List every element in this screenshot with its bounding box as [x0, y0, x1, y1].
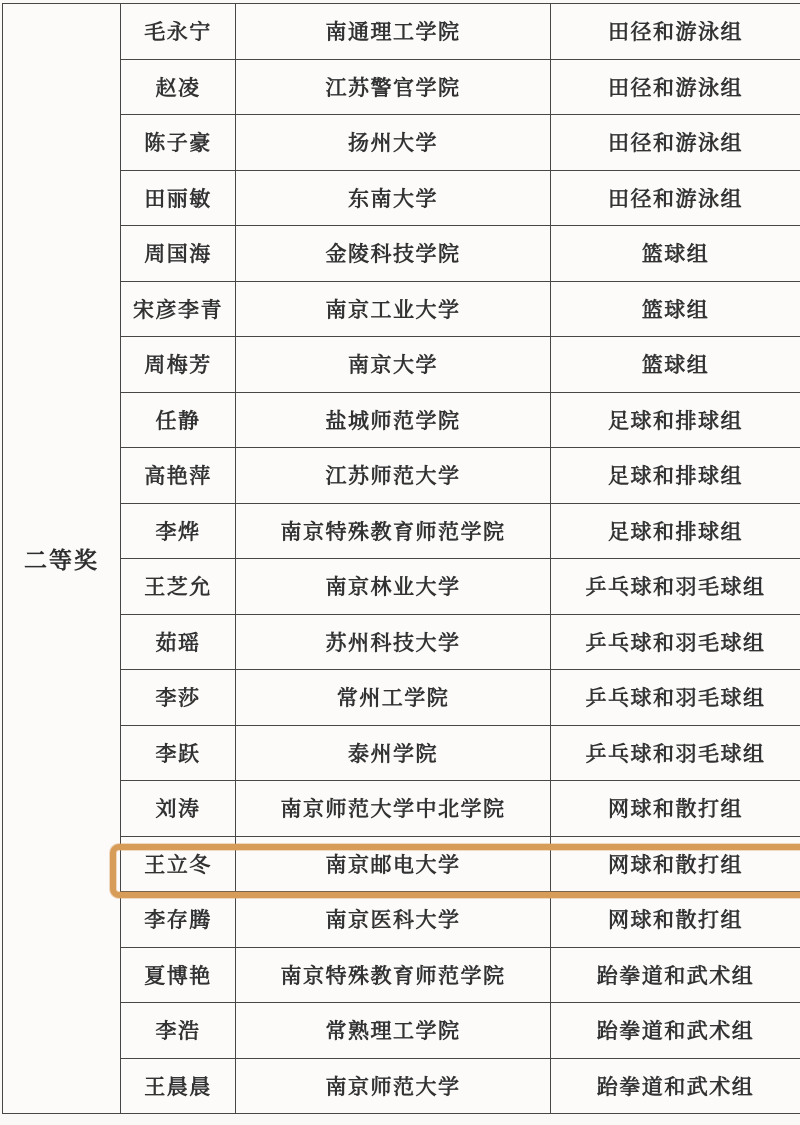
group-cell: 乒乓球和羽毛球组 [551, 559, 800, 614]
table-row: 田丽敏 东南大学 田径和游泳组 [121, 171, 800, 227]
name-cell: 田丽敏 [121, 171, 236, 226]
school-cell: 南京邮电大学 [236, 837, 551, 892]
school-cell: 南京师范大学中北学院 [236, 781, 551, 836]
name-cell: 李烨 [121, 504, 236, 559]
name-cell: 周国海 [121, 226, 236, 281]
table-row: 李跃 泰州学院 乒乓球和羽毛球组 [121, 726, 800, 782]
table-row: 李浩 常熟理工学院 跆拳道和武术组 [121, 1003, 800, 1059]
table-row: 茹瑶 苏州科技大学 乒乓球和羽毛球组 [121, 615, 800, 671]
group-cell: 足球和排球组 [551, 448, 800, 503]
name-cell: 赵凌 [121, 60, 236, 115]
name-cell: 李浩 [121, 1003, 236, 1058]
table-row: 宋彦李青 南京工业大学 篮球组 [121, 282, 800, 338]
school-cell: 盐城师范学院 [236, 393, 551, 448]
table-row: 李烨 南京特殊教育师范学院 足球和排球组 [121, 504, 800, 560]
name-cell: 李存腾 [121, 892, 236, 947]
group-cell: 乒乓球和羽毛球组 [551, 670, 800, 725]
table-row: 周梅芳 南京大学 篮球组 [121, 337, 800, 393]
name-cell: 周梅芳 [121, 337, 236, 392]
school-cell: 泰州学院 [236, 726, 551, 781]
document-page: 二等奖 毛永宁 南通理工学院 田径和游泳组 赵凌 江苏警官学院 田径和游泳组 陈… [0, 0, 800, 1125]
school-cell: 南京林业大学 [236, 559, 551, 614]
group-cell: 足球和排球组 [551, 393, 800, 448]
table-row: 任静 盐城师范学院 足球和排球组 [121, 393, 800, 449]
group-cell: 乒乓球和羽毛球组 [551, 726, 800, 781]
name-cell: 刘涛 [121, 781, 236, 836]
table-row: 周国海 金陵科技学院 篮球组 [121, 226, 800, 282]
school-cell: 南通理工学院 [236, 4, 551, 59]
name-cell: 毛永宁 [121, 4, 236, 59]
group-cell: 网球和散打组 [551, 781, 800, 836]
table-row: 王晨晨 南京师范大学 跆拳道和武术组 [121, 1059, 800, 1114]
group-cell: 跆拳道和武术组 [551, 1059, 800, 1114]
school-cell: 南京师范大学 [236, 1059, 551, 1114]
group-cell: 篮球组 [551, 282, 800, 337]
name-cell: 陈子豪 [121, 115, 236, 170]
school-cell: 扬州大学 [236, 115, 551, 170]
school-cell: 南京医科大学 [236, 892, 551, 947]
awards-table: 二等奖 毛永宁 南通理工学院 田径和游泳组 赵凌 江苏警官学院 田径和游泳组 陈… [2, 3, 800, 1114]
group-cell: 田径和游泳组 [551, 171, 800, 226]
table-row: 赵凌 江苏警官学院 田径和游泳组 [121, 60, 800, 116]
school-cell: 南京大学 [236, 337, 551, 392]
group-cell: 乒乓球和羽毛球组 [551, 615, 800, 670]
table-row: 夏博艳 南京特殊教育师范学院 跆拳道和武术组 [121, 948, 800, 1004]
name-cell: 王晨晨 [121, 1059, 236, 1114]
group-cell: 篮球组 [551, 337, 800, 392]
group-cell: 跆拳道和武术组 [551, 948, 800, 1003]
school-cell: 南京特殊教育师范学院 [236, 504, 551, 559]
award-category-cell: 二等奖 [3, 4, 121, 1113]
table-row: 毛永宁 南通理工学院 田径和游泳组 [121, 4, 800, 60]
name-cell: 李跃 [121, 726, 236, 781]
school-cell: 南京特殊教育师范学院 [236, 948, 551, 1003]
group-cell: 跆拳道和武术组 [551, 1003, 800, 1058]
name-cell: 高艳萍 [121, 448, 236, 503]
name-cell: 任静 [121, 393, 236, 448]
school-cell: 苏州科技大学 [236, 615, 551, 670]
group-cell: 田径和游泳组 [551, 60, 800, 115]
name-cell: 夏博艳 [121, 948, 236, 1003]
group-cell: 网球和散打组 [551, 837, 800, 892]
table-row: 高艳萍 江苏师范大学 足球和排球组 [121, 448, 800, 504]
table-row: 李存腾 南京医科大学 网球和散打组 [121, 892, 800, 948]
name-cell: 李莎 [121, 670, 236, 725]
school-cell: 常熟理工学院 [236, 1003, 551, 1058]
table-row: 李莎 常州工学院 乒乓球和羽毛球组 [121, 670, 800, 726]
school-cell: 江苏师范大学 [236, 448, 551, 503]
name-cell: 茹瑶 [121, 615, 236, 670]
table-row: 刘涛 南京师范大学中北学院 网球和散打组 [121, 781, 800, 837]
name-cell: 宋彦李青 [121, 282, 236, 337]
table-rows-container: 毛永宁 南通理工学院 田径和游泳组 赵凌 江苏警官学院 田径和游泳组 陈子豪 扬… [121, 4, 800, 1113]
table-row: 陈子豪 扬州大学 田径和游泳组 [121, 115, 800, 171]
group-cell: 田径和游泳组 [551, 115, 800, 170]
table-row-highlighted: 王立冬 南京邮电大学 网球和散打组 [121, 837, 800, 893]
school-cell: 常州工学院 [236, 670, 551, 725]
group-cell: 田径和游泳组 [551, 4, 800, 59]
group-cell: 网球和散打组 [551, 892, 800, 947]
name-cell: 王立冬 [121, 837, 236, 892]
award-category-label: 二等奖 [24, 542, 99, 575]
table-row: 王芝允 南京林业大学 乒乓球和羽毛球组 [121, 559, 800, 615]
group-cell: 足球和排球组 [551, 504, 800, 559]
school-cell: 江苏警官学院 [236, 60, 551, 115]
school-cell: 南京工业大学 [236, 282, 551, 337]
name-cell: 王芝允 [121, 559, 236, 614]
group-cell: 篮球组 [551, 226, 800, 281]
school-cell: 东南大学 [236, 171, 551, 226]
school-cell: 金陵科技学院 [236, 226, 551, 281]
